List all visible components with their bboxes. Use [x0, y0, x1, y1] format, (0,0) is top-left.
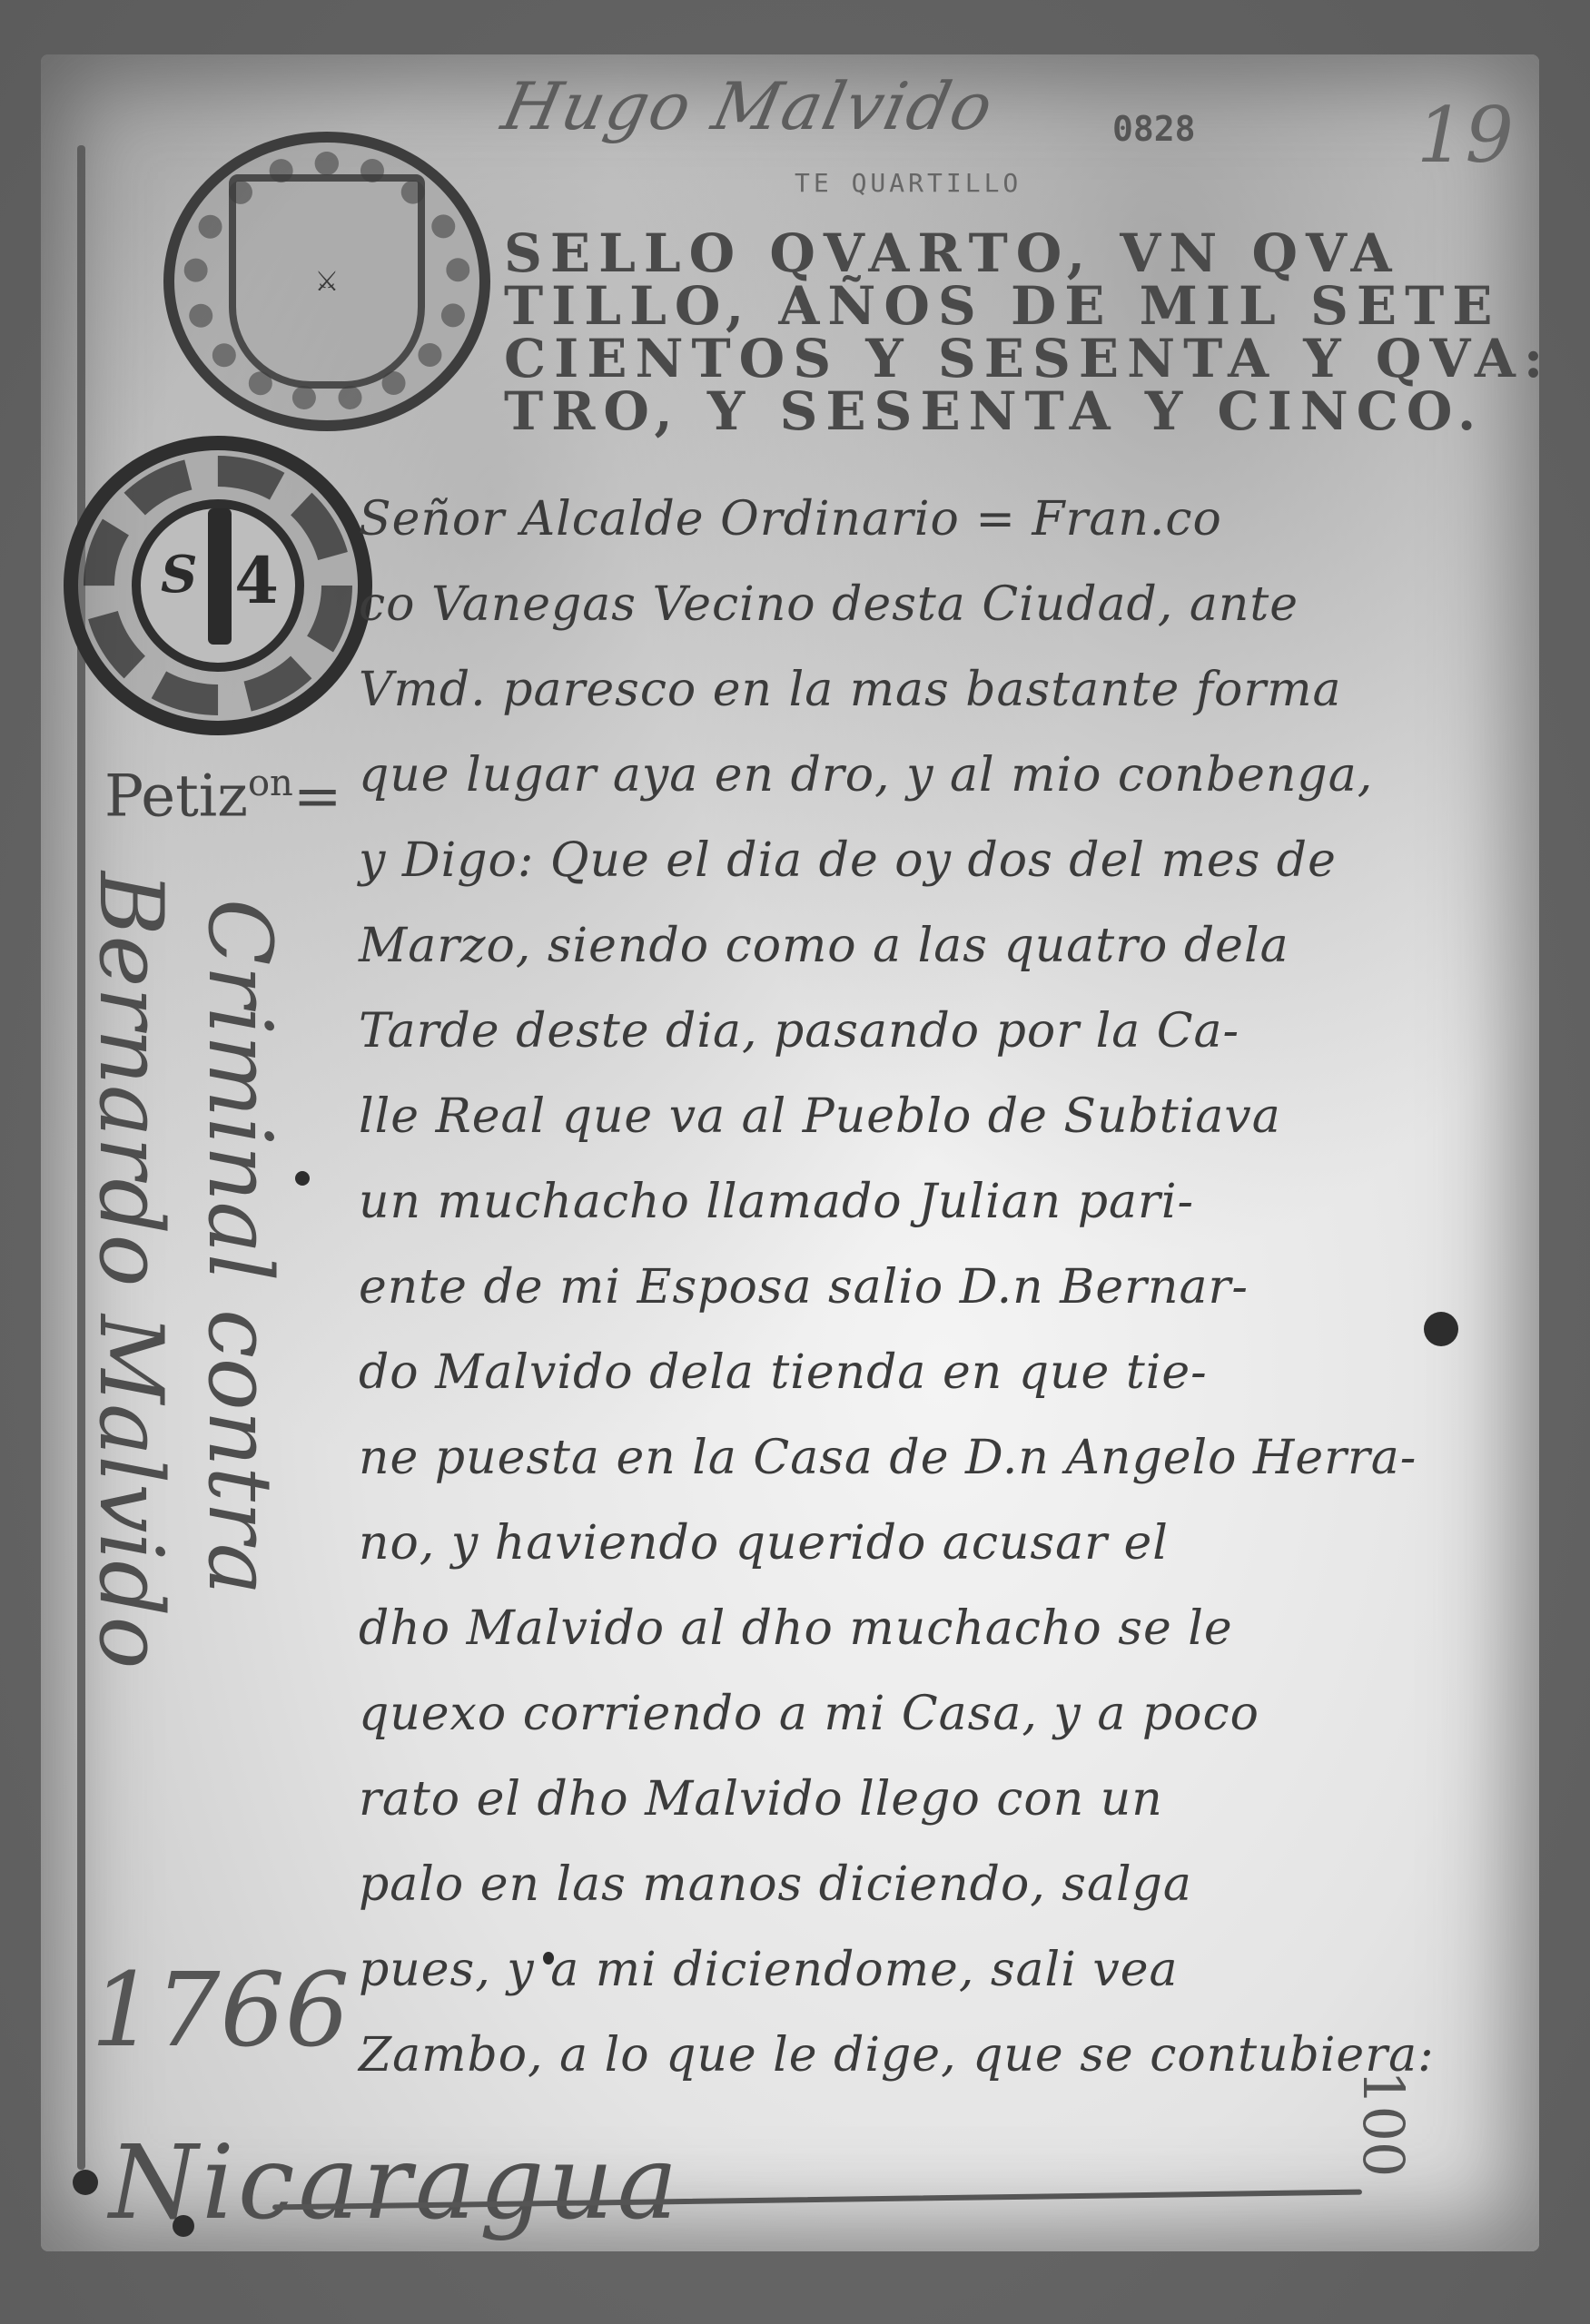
quartillo-seal-stamp: S 4 [64, 436, 372, 735]
petition-superscript: on [248, 763, 293, 804]
petition-text: Petiz [104, 763, 248, 830]
body-line: rato el dho Malvido llego con un [359, 1757, 1285, 1842]
body-line: lle Real que va al Pueblo de Subtiava [359, 1074, 1285, 1159]
legend-line: SELLO QVARTO, VN QVA [504, 227, 1430, 280]
body-line: do Malvido dela tienda en que tie- [359, 1330, 1285, 1415]
body-line: dho Malvido al dho muchacho se le [359, 1586, 1285, 1671]
body-line: Zambo, a lo que le dige, que se contubie… [359, 2013, 1285, 2098]
petition-label: Petizon= [104, 763, 341, 830]
body-line: quexo corriendo a mi Casa, y a poco [359, 1671, 1285, 1757]
ink-blot [173, 2215, 194, 2237]
legend-line: TILLO, AÑOS DE MIL SETE [504, 280, 1430, 332]
petition-body: Señor Alcalde Ordinario = Fran.co co Van… [359, 477, 1285, 2098]
margin-title-criminal: Criminal contra [189, 899, 291, 1595]
ink-blot [295, 1171, 310, 1186]
stamp-number: 0828 [1112, 109, 1196, 149]
seal-column-icon [208, 508, 232, 645]
legend-line: TRO, Y SESENTA Y CINCO. [504, 385, 1430, 438]
body-line: palo en las manos diciendo, salga [359, 1842, 1285, 1927]
signature-stamp: Hugo Malvido [496, 68, 1001, 144]
folio-number: 19 [1417, 91, 1514, 180]
stamped-paper-legend: SELLO QVARTO, VN QVA TILLO, AÑOS DE MIL … [504, 227, 1430, 438]
body-line: ente de mi Esposa salio D.n Bernar- [359, 1245, 1285, 1330]
ink-blot [543, 1952, 554, 1965]
body-line: pues, y a mi diciendome, sali vea [359, 1927, 1285, 2013]
side-page-number: 100 [1350, 2070, 1417, 2177]
body-line: no, y haviendo querido acusar el [359, 1501, 1285, 1586]
body-line: co Vanegas Vecino desta Ciudad, ante [359, 562, 1285, 647]
royal-seal-stamp: ⚔ [163, 132, 490, 431]
seal-monogram: S [161, 545, 197, 605]
seal-value: 4 [234, 543, 279, 618]
margin-title-defendant: Bernardo Malvido [80, 871, 182, 1669]
body-line: Vmd. paresco en la mas bastante forma [359, 647, 1285, 733]
body-line: Marzo, siendo como a las quatro dela [359, 903, 1285, 989]
ink-blot [1424, 1312, 1458, 1346]
legend-line: CIENTOS Y SESENTA Y QVA: [504, 332, 1430, 385]
margin-year: 1766 [91, 1952, 350, 2070]
body-line: que lugar aya en dro, y al mio conbenga, [359, 733, 1285, 818]
body-line: Tarde deste dia, pasando por la Ca- [359, 989, 1285, 1074]
stamp-subline: TE QUARTILLO [795, 168, 1022, 198]
body-line: Señor Alcalde Ordinario = Fran.co [359, 477, 1285, 562]
seal-ring-icon [183, 152, 470, 411]
seal-center-icon: S 4 [132, 499, 304, 672]
ink-blot [73, 2170, 98, 2195]
place-name: Nicaragua [109, 2124, 681, 2242]
body-line: un muchacho llamado Julian pari- [359, 1159, 1285, 1245]
body-line: ne puesta en la Casa de D.n Angelo Herra… [359, 1415, 1285, 1501]
body-line: y Digo: Que el dia de oy dos del mes de [359, 818, 1285, 903]
